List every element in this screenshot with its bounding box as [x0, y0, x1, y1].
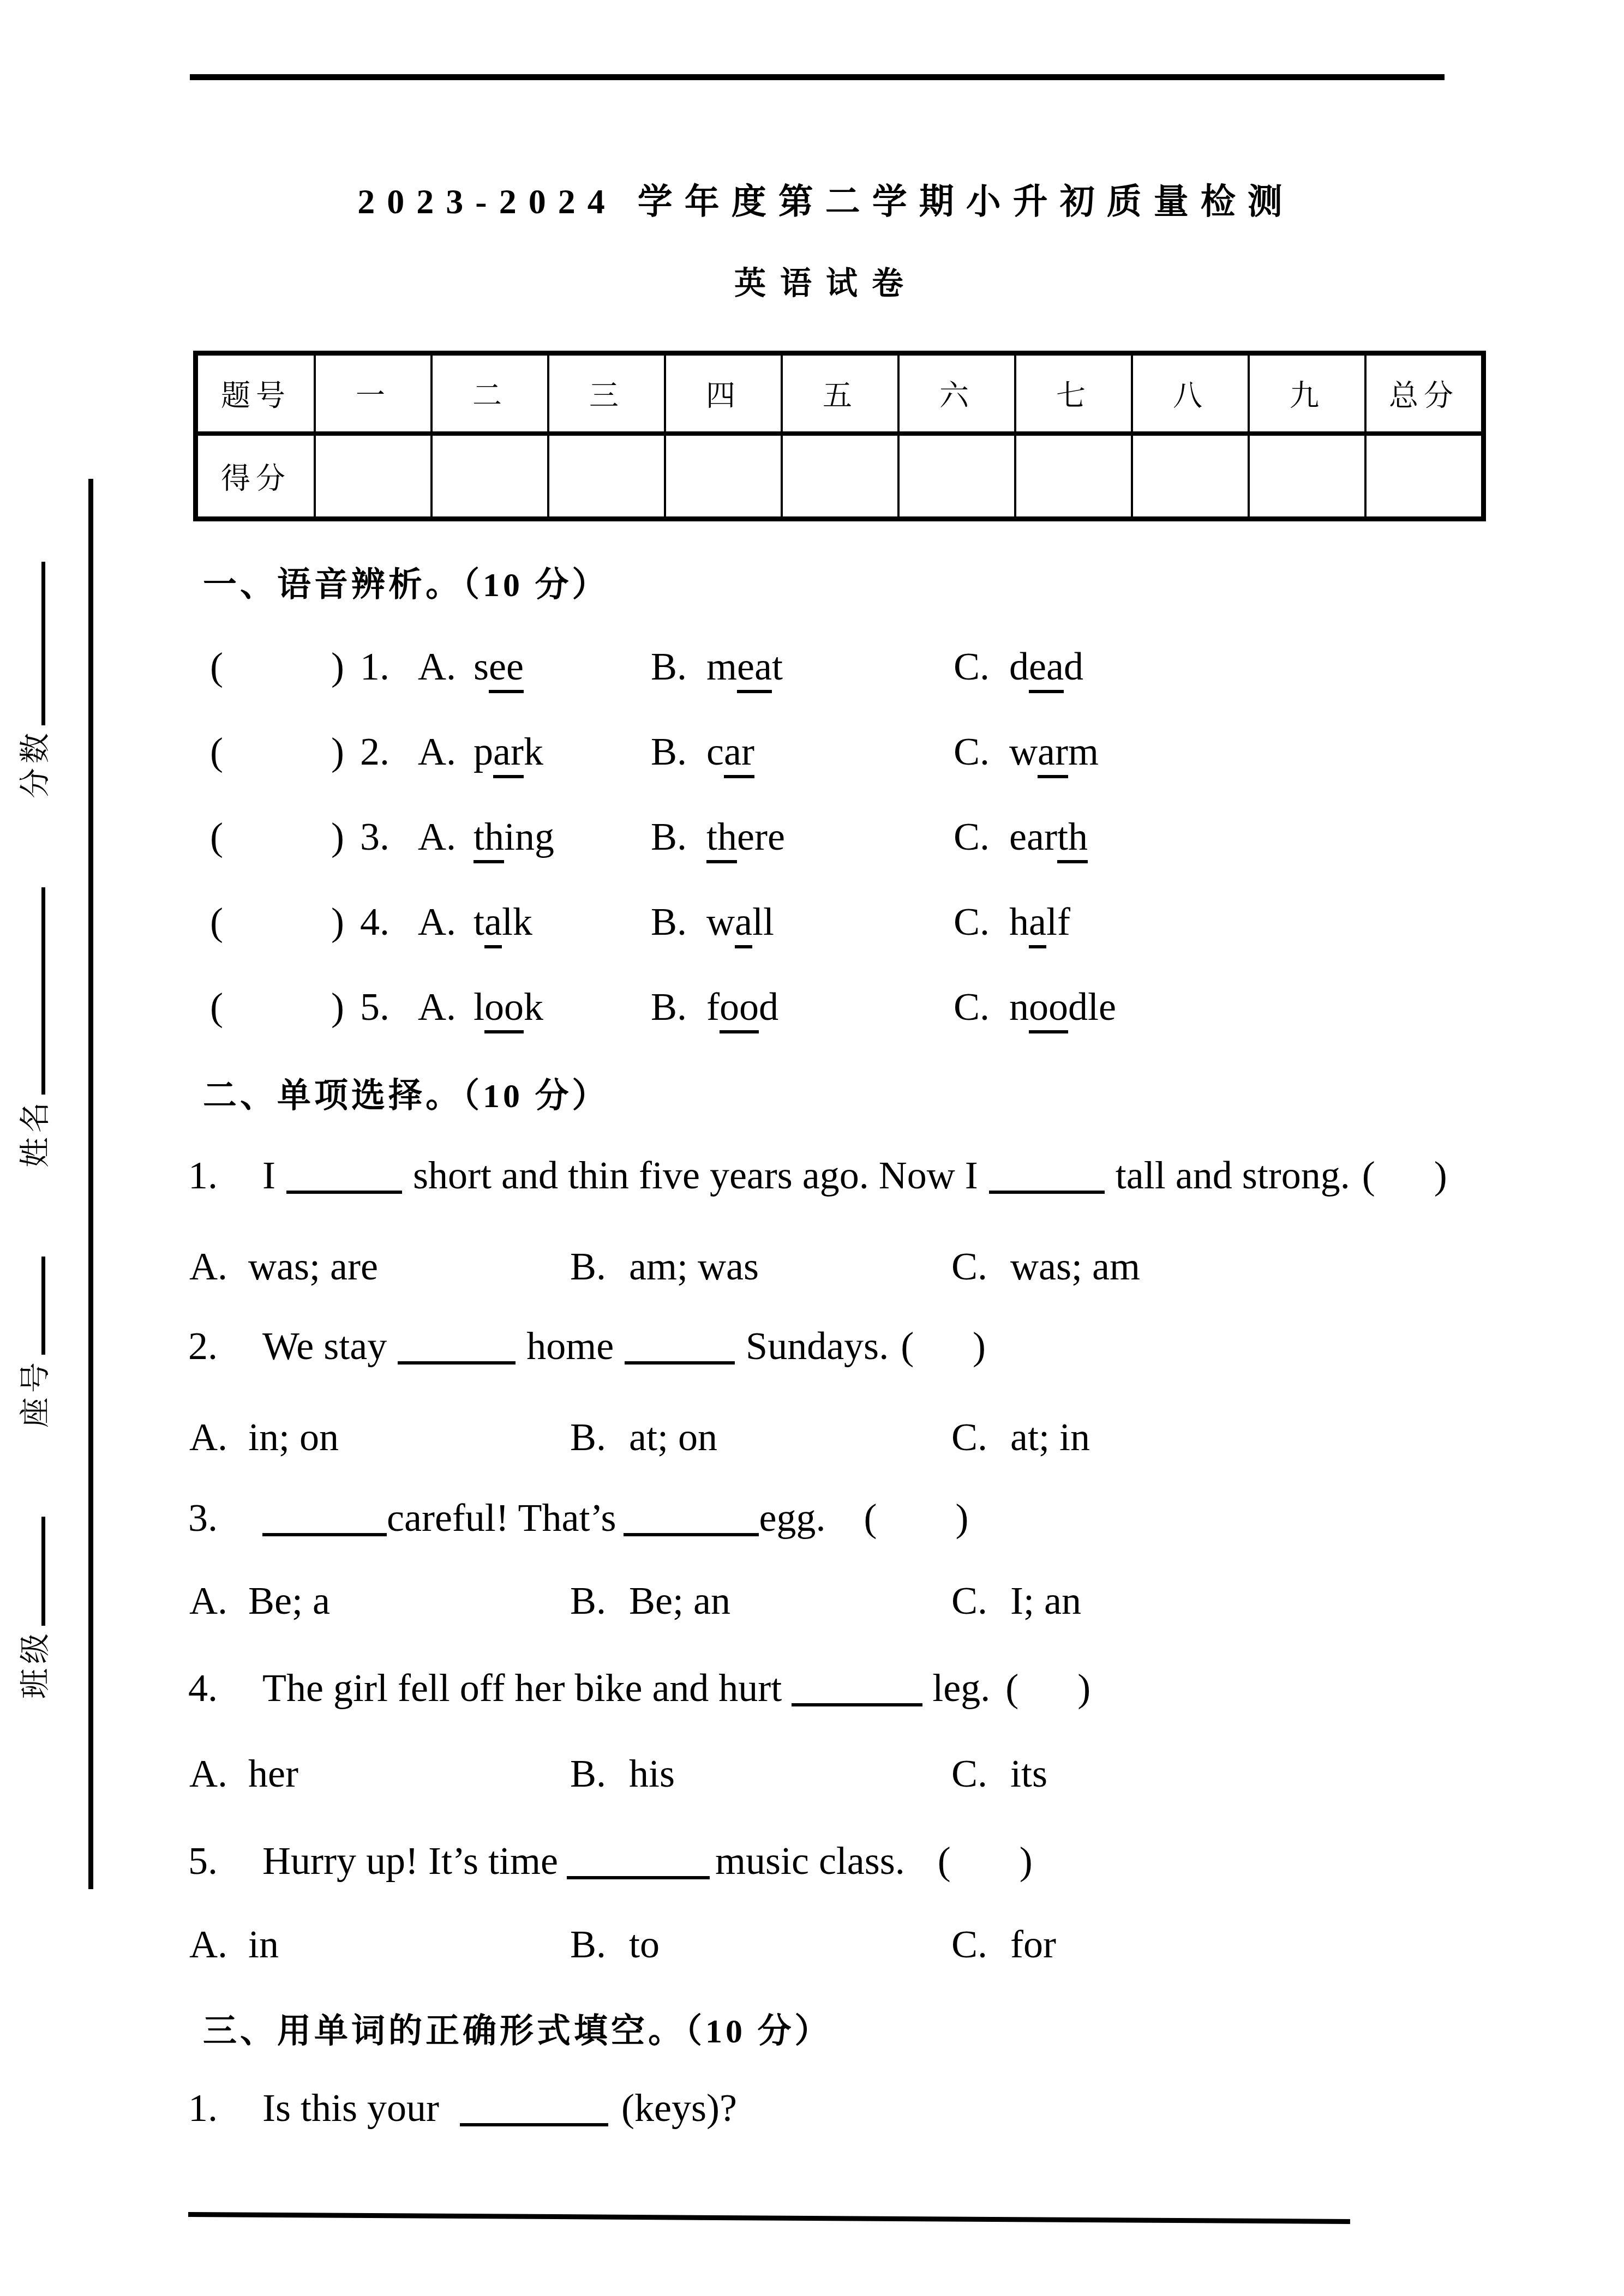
- phonics-item-3: ( ) 3. A.thing B.there C.earth: [0, 814, 1624, 864]
- col-8: 八: [1132, 353, 1249, 434]
- question-number: 5.: [188, 1838, 262, 1884]
- word-underlined-part: a: [484, 900, 502, 948]
- choice-question-1: 1.Ishort and thin five years ago. Now It…: [188, 1153, 1447, 1198]
- answer-parens[interactable]: ( ): [1005, 1666, 1090, 1710]
- option-letter: B.: [570, 1244, 629, 1289]
- answer-blank[interactable]: [989, 1162, 1105, 1194]
- answer-blank[interactable]: [460, 2095, 608, 2126]
- option-text: Be; a: [248, 1579, 330, 1622]
- word-part: dle: [1068, 985, 1116, 1029]
- answer-parens[interactable]: ( ): [210, 814, 344, 860]
- answer-parens[interactable]: ( ): [210, 899, 344, 945]
- word-part: k: [524, 985, 543, 1029]
- word-part: ing: [504, 815, 554, 858]
- phonics-option-b: B.car: [651, 729, 754, 774]
- question-text: Sundays.: [746, 1324, 889, 1368]
- word-part: d: [759, 985, 778, 1029]
- section1-heading: 一、语音辨析。（10 分）: [203, 557, 609, 606]
- option-c: C.its: [951, 1751, 1047, 1796]
- choice-question-2: 2.We stayhomeSundays.( ): [188, 1324, 986, 1369]
- word-part: w: [1009, 730, 1038, 773]
- answer-blank[interactable]: [624, 1505, 759, 1536]
- phonics-option-c: C.half: [954, 899, 1070, 945]
- sidebar-field-class: 班级: [11, 1517, 55, 1699]
- word-hint: (keys)?: [621, 2086, 737, 2130]
- option-a: A.in; on: [189, 1415, 339, 1460]
- phonics-option-b: B.food: [651, 984, 778, 1030]
- answer-parens[interactable]: ( ): [210, 644, 344, 689]
- word-underlined-part: ar: [724, 730, 754, 778]
- bottom-rule: [188, 2212, 1350, 2224]
- option-text: was; am: [1010, 1245, 1140, 1288]
- word-part: c: [706, 730, 724, 773]
- option-letter: C.: [954, 729, 1009, 774]
- answer-blank[interactable]: [567, 1848, 710, 1879]
- phonics-option-b: B.wall: [651, 899, 774, 945]
- word-underlined-part: ea: [737, 645, 772, 693]
- col-7: 七: [1015, 353, 1132, 434]
- answer-parens[interactable]: ( ): [210, 729, 344, 774]
- option-text: his: [629, 1752, 675, 1795]
- word-part: d: [1009, 645, 1029, 688]
- word-underlined-part: ee: [489, 645, 524, 693]
- question-text: The girl fell off her bike and hurt: [262, 1666, 782, 1710]
- col-1: 一: [315, 353, 432, 434]
- choice-question-3: 3.careful! That’segg.( ): [188, 1495, 968, 1541]
- answer-parens[interactable]: ( ): [864, 1496, 968, 1540]
- option-letter: C.: [954, 899, 1009, 945]
- option-letter: A.: [418, 814, 474, 860]
- option-a: A.Be; a: [189, 1578, 330, 1624]
- option-letter: B.: [570, 1578, 629, 1624]
- section3-heading: 三、用单词的正确形式填空。（10 分）: [203, 2004, 832, 2052]
- question-text: home: [526, 1324, 614, 1368]
- option-b: B.to: [570, 1922, 660, 1967]
- phonics-option-b: B.meat: [651, 644, 783, 689]
- page-subtitle: 英语试卷: [188, 257, 1464, 303]
- option-letter: C.: [954, 644, 1009, 689]
- word-part: lk: [502, 900, 532, 943]
- score-cell[interactable]: [315, 434, 432, 519]
- class-blank[interactable]: [14, 1517, 45, 1626]
- score-cell[interactable]: [1015, 434, 1132, 519]
- option-a: A.her: [189, 1751, 298, 1796]
- option-letter: A.: [418, 644, 474, 689]
- word-underlined-part: th: [1057, 815, 1088, 863]
- phonics-item-4: ( ) 4. A.talk B.wall C.half: [0, 899, 1624, 949]
- option-c: C.at; in: [951, 1415, 1090, 1460]
- phonics-option-c: C.dead: [954, 644, 1083, 689]
- col-9: 九: [1249, 353, 1365, 434]
- col-total: 总分: [1365, 353, 1484, 434]
- option-b: B.Be; an: [570, 1578, 730, 1624]
- option-text: I; an: [1010, 1579, 1081, 1622]
- score-cell[interactable]: [665, 434, 782, 519]
- word-part: h: [1009, 900, 1029, 943]
- option-letter: B.: [651, 644, 706, 689]
- word-underlined-part: th: [706, 815, 737, 863]
- question-text: We stay: [262, 1324, 387, 1368]
- question-number: 3.: [188, 1495, 262, 1541]
- word-part: l: [474, 985, 484, 1029]
- option-letter: C.: [954, 814, 1009, 860]
- col-6: 六: [898, 353, 1015, 434]
- option-text: am; was: [629, 1245, 759, 1288]
- word-underlined-part: th: [474, 815, 504, 863]
- option-letter: B.: [570, 1922, 629, 1967]
- answer-blank[interactable]: [262, 1505, 387, 1536]
- score-blank[interactable]: [14, 562, 45, 725]
- option-letter: A.: [418, 984, 474, 1030]
- word-part: d: [1064, 645, 1083, 688]
- question-text: leg.: [932, 1666, 990, 1710]
- phonics-item-1: ( ) 1. A.see B.meat C.dead: [0, 644, 1624, 694]
- phonics-option-c: C.earth: [954, 814, 1088, 860]
- section2-heading: 二、单项选择。（10 分）: [203, 1068, 609, 1117]
- option-letter: C.: [951, 1922, 1010, 1967]
- question-number: 1.: [188, 2085, 262, 2131]
- option-text: in: [248, 1922, 279, 1966]
- option-text: Be; an: [629, 1579, 730, 1622]
- sidebar-field-seat: 座号: [11, 1257, 55, 1428]
- score-cell[interactable]: [782, 434, 898, 519]
- option-letter: C.: [951, 1578, 1010, 1624]
- score-table: 题号 一 二 三 四 五 六 七 八 九 总分 得分: [193, 351, 1486, 521]
- question-text: Hurry up! It’s time: [262, 1839, 558, 1883]
- seat-blank[interactable]: [14, 1257, 45, 1355]
- question-text: music class.: [715, 1839, 905, 1883]
- col-2: 二: [432, 353, 548, 434]
- word-part: t: [474, 900, 484, 943]
- word-underlined-part: oo: [1029, 985, 1068, 1033]
- word-part: ll: [752, 900, 774, 943]
- word-part: m: [1068, 730, 1099, 773]
- word-underlined-part: oo: [720, 985, 759, 1033]
- option-text: for: [1010, 1922, 1056, 1966]
- option-text: at; in: [1010, 1415, 1090, 1459]
- option-letter: A.: [418, 729, 474, 774]
- answer-parens[interactable]: ( ): [901, 1324, 986, 1368]
- option-letter: C.: [951, 1244, 1010, 1289]
- answer-blank[interactable]: [398, 1333, 516, 1365]
- option-letter: C.: [954, 984, 1009, 1030]
- answer-blank[interactable]: [792, 1675, 922, 1706]
- answer-blank[interactable]: [286, 1162, 402, 1194]
- word-part: m: [706, 645, 737, 688]
- word-part: n: [1009, 985, 1029, 1029]
- word-underlined-part: a: [735, 900, 752, 948]
- option-letter: A.: [189, 1578, 248, 1624]
- score-cell[interactable]: [898, 434, 1015, 519]
- word-part: ear: [1009, 815, 1057, 858]
- option-a: A.in: [189, 1922, 279, 1967]
- score-cell[interactable]: [432, 434, 548, 519]
- option-letter: A.: [189, 1415, 248, 1460]
- item-number: 1.: [360, 644, 389, 689]
- option-text: was; are: [248, 1245, 378, 1288]
- word-part: lf: [1046, 900, 1070, 943]
- phonics-option-a: A.talk: [418, 899, 532, 945]
- phonics-option-a: A.park: [418, 729, 543, 774]
- name-label: 姓名: [19, 1098, 52, 1168]
- option-letter: B.: [570, 1751, 629, 1796]
- word-underlined-part: ar: [493, 730, 524, 778]
- word-part: t: [772, 645, 783, 688]
- choice-question-4: 4.The girl fell off her bike and hurtleg…: [188, 1666, 1090, 1711]
- question-number: 1.: [188, 1153, 262, 1198]
- page-title: 2023-2024 学年度第二学期小升初质量检测: [188, 173, 1464, 224]
- option-c: C.for: [951, 1922, 1056, 1967]
- phonics-option-c: C.warm: [954, 729, 1099, 774]
- answer-parens[interactable]: ( ): [210, 984, 344, 1030]
- question-text: tall and strong.: [1116, 1153, 1350, 1197]
- score-cell[interactable]: [1249, 434, 1365, 519]
- phonics-option-a: A.look: [418, 984, 543, 1030]
- top-rule: [190, 74, 1445, 80]
- option-letter: C.: [951, 1751, 1010, 1796]
- option-text: to: [629, 1922, 660, 1966]
- question-text: Is this your: [262, 2086, 439, 2130]
- option-letter: B.: [651, 814, 706, 860]
- option-b: B.at; on: [570, 1415, 717, 1460]
- score-row-label: 得分: [196, 434, 315, 519]
- option-letter: C.: [951, 1415, 1010, 1460]
- word-underlined-part: ea: [1029, 645, 1064, 693]
- question-number: 4.: [188, 1666, 262, 1711]
- phonics-option-a: A.see: [418, 644, 524, 689]
- col-3: 三: [548, 353, 665, 434]
- phonics-option-b: B.there: [651, 814, 785, 860]
- seat-label: 座号: [19, 1358, 52, 1428]
- phonics-item-5: ( ) 5. A.look B.food C.noodle: [0, 984, 1624, 1035]
- answer-parens[interactable]: ( ): [1362, 1153, 1447, 1197]
- word-part: ere: [737, 815, 785, 858]
- fill-question-1: 1.Is this your(keys)?: [188, 2085, 737, 2131]
- score-table-header-row: 题号 一 二 三 四 五 六 七 八 九 总分: [196, 353, 1484, 434]
- score-cell[interactable]: [1132, 434, 1249, 519]
- option-letter: A.: [418, 899, 474, 945]
- question-number: 2.: [188, 1324, 262, 1369]
- option-b: B.am; was: [570, 1244, 759, 1289]
- word-part: k: [524, 730, 543, 773]
- score-cell[interactable]: [548, 434, 665, 519]
- question-text: egg.: [759, 1496, 825, 1540]
- item-number: 4.: [360, 899, 389, 945]
- class-label: 班级: [19, 1629, 52, 1699]
- col-4: 四: [665, 353, 782, 434]
- option-letter: B.: [651, 984, 706, 1030]
- item-number: 2.: [360, 729, 389, 774]
- option-text: in; on: [248, 1415, 339, 1459]
- word-underlined-part: a: [1029, 900, 1046, 948]
- option-letter: B.: [651, 899, 706, 945]
- choice-question-5: 5.Hurry up! It’s timemusic class.( ): [188, 1838, 1033, 1884]
- word-underlined-part: ar: [1038, 730, 1068, 778]
- option-text: her: [248, 1752, 298, 1795]
- option-letter: B.: [651, 729, 706, 774]
- question-text: I: [262, 1153, 275, 1197]
- word-underlined-part: oo: [484, 985, 524, 1033]
- item-number: 3.: [360, 814, 389, 860]
- option-a: A.was; are: [189, 1244, 378, 1289]
- phonics-option-a: A.thing: [418, 814, 554, 860]
- word-part: s: [474, 645, 489, 688]
- option-c: C.I; an: [951, 1578, 1081, 1624]
- option-letter: A.: [189, 1922, 248, 1967]
- option-letter: B.: [570, 1415, 629, 1460]
- word-part: f: [706, 985, 720, 1029]
- option-letter: A.: [189, 1244, 248, 1289]
- exam-paper-page: 2023-2024 学年度第二学期小升初质量检测 英语试卷 班级 座号 姓名 分…: [0, 0, 1624, 2296]
- phonics-item-2: ( ) 2. A.park B.car C.warm: [0, 729, 1624, 779]
- option-letter: A.: [189, 1751, 248, 1796]
- col-5: 五: [782, 353, 898, 434]
- option-b: B.his: [570, 1751, 675, 1796]
- score-cell[interactable]: [1365, 434, 1484, 519]
- item-number: 5.: [360, 984, 389, 1030]
- option-text: at; on: [629, 1415, 717, 1459]
- question-text: short and thin five years ago. Now I: [413, 1153, 978, 1197]
- score-table-score-row: 得分: [196, 434, 1484, 519]
- option-c: C.was; am: [951, 1244, 1140, 1289]
- score-table-corner: 题号: [196, 353, 315, 434]
- word-part: p: [474, 730, 493, 773]
- answer-blank[interactable]: [625, 1333, 735, 1365]
- word-part: w: [706, 900, 735, 943]
- option-text: its: [1010, 1752, 1047, 1795]
- answer-parens[interactable]: ( ): [938, 1839, 1033, 1883]
- question-text: careful! That’s: [387, 1496, 616, 1540]
- phonics-option-c: C.noodle: [954, 984, 1116, 1030]
